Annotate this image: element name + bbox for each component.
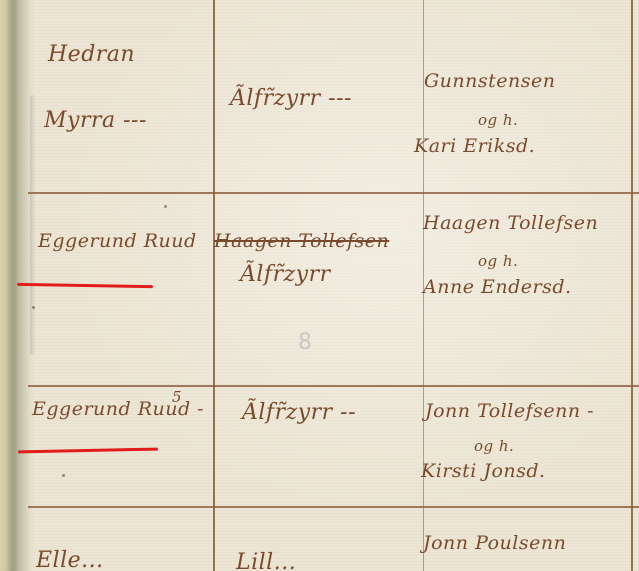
row-rule-2 [28, 385, 639, 387]
entry-1-status: Ãlfr̃zyrr --- [230, 86, 352, 111]
entry-3-superscript: 5 [172, 388, 182, 406]
red-underline-annotation [17, 283, 153, 288]
entry-3-status: Ãlfr̃zyrr -- [242, 400, 356, 425]
entry-2-mother: Anne Endersd. [423, 276, 572, 298]
row-rule-3 [28, 506, 639, 508]
ink-speck [32, 306, 35, 309]
entry-1-mother: Kari Eriksd. [414, 135, 535, 157]
entry-2-struck-name: Haagen Tollefsen [214, 230, 389, 252]
entry-2-conjunction: og h. [478, 252, 518, 270]
entry-3-mother: Kirsti Jonsd. [421, 460, 546, 482]
entry-3-father: Jonn Tollefsenn - [425, 400, 594, 422]
entry-2-father: Haagen Tollefsen [423, 212, 598, 234]
ink-speck [62, 474, 65, 477]
entry-4-status: Lill... [236, 550, 296, 571]
row-rule-1 [28, 192, 639, 194]
entry-4-father: Jonn Poulsenn [423, 532, 566, 554]
entry-2-status: Ãlfr̃zyrr [240, 262, 331, 287]
column-rule-3 [631, 0, 633, 571]
entry-4-place: Elle... [36, 548, 104, 571]
page-edge-shadow [30, 95, 36, 355]
entry-1-place: Hedran [48, 42, 135, 67]
entry-1-place-2: Myrra --- [44, 108, 147, 133]
entry-3-conjunction: og h. [474, 437, 514, 455]
entry-1-father: Gunnstensen [424, 70, 556, 92]
register-page: 8 Hedran Myrra --- Ãlfr̃zyrr --- Gunnste… [0, 0, 639, 571]
column-rule-1 [213, 0, 215, 571]
entry-2-place: Eggerund Ruud [38, 230, 197, 252]
red-underline-annotation [18, 448, 158, 454]
entry-1-conjunction: og h. [478, 111, 518, 129]
pencil-number: 8 [298, 330, 312, 355]
ink-speck [164, 205, 167, 208]
